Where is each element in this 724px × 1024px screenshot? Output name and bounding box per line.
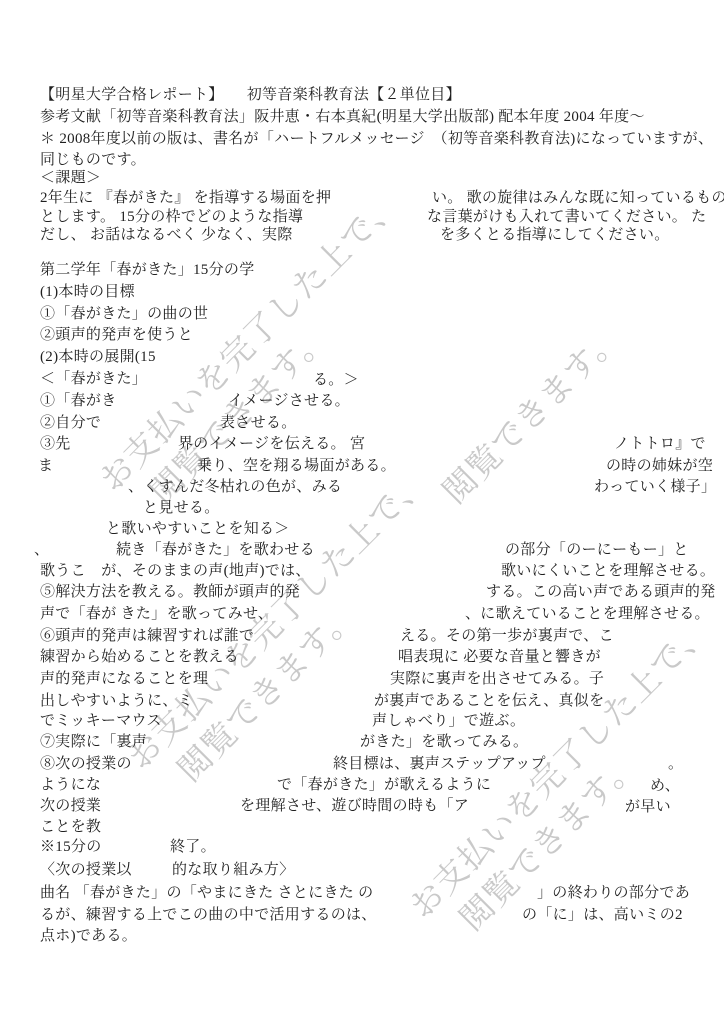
text-line-fragment: 。: [668, 755, 683, 774]
text-line-fragment: ⑥頭声的発声は練習すれば誰で: [40, 627, 254, 646]
text-line-fragment: 2年生に 『春がきた』 を指導する場面を押: [40, 189, 331, 208]
text-line-fragment: ことを教: [40, 818, 101, 837]
text-line-fragment: 実際に裏声を出させてみる。子: [390, 670, 604, 689]
text-line-fragment: 次の授業: [40, 797, 101, 816]
text-line-fragment: える。その第一歩が裏声で、こ: [400, 627, 614, 646]
text-line-fragment: でミッキーマウス: [40, 712, 162, 731]
text-line-fragment: ようにな: [40, 776, 101, 795]
text-line-fragment: ⑧次の授業の: [40, 755, 132, 774]
text-line-fragment: で「春がきた」が歌えるように: [277, 776, 491, 795]
text-line-fragment: め、: [650, 777, 680, 796]
text-line-fragment: い。 歌の旋律はみんな既に知っているもの: [432, 189, 724, 208]
text-line-fragment: 声的発声になることを理: [40, 670, 208, 689]
text-line-fragment: ＜「春がきた」: [40, 370, 147, 389]
text-line-fragment: 声で「春が きた」を歌ってみせ、: [40, 605, 273, 624]
text-line-fragment: ※15分の: [40, 838, 102, 857]
document-text-layer: 【明星大学合格レポート】 初等音楽科教育法【２単位目】参考文献「初等音楽科教育法…: [0, 0, 724, 1024]
text-line-fragment: 、: [34, 541, 49, 560]
text-line-fragment: (1)本時の目標: [40, 283, 135, 302]
text-line-fragment: な言葉がけも入れて書いてください。 た: [427, 208, 706, 227]
scanned-report-page: お支払いを完了した上で、閲覧できます。お支払いを完了した上で、閲覧できます。お支…: [0, 0, 724, 1024]
text-line-fragment: と見せる。: [143, 499, 220, 518]
text-line-fragment: ノトトロ』で: [614, 435, 706, 454]
text-line-fragment: るが、練習する上でこの曲の中で活用するのは、: [40, 906, 377, 925]
text-line-fragment: 唱表現に 必要な音量と響きが: [398, 648, 601, 667]
text-line-fragment: 参考文献「初等音楽科教育法」阪井恵・右本真紀(明星大学出版部) 配本年度 200…: [40, 108, 645, 127]
text-line-fragment: 同じものです。: [40, 151, 146, 170]
text-line-fragment: を理解させ、遊び時間の時も「ア: [240, 797, 469, 816]
text-line-fragment: 終了。: [170, 838, 216, 857]
text-line-fragment: ⑦実際に「裏声: [40, 733, 147, 752]
text-line-fragment: わっていく様子」: [594, 478, 716, 497]
text-line-fragment: 的な取り組み方〉: [172, 861, 294, 880]
text-line-fragment: 」の終わりの部分であ: [537, 884, 690, 903]
text-line-fragment: する。この高い声である頭声的発: [486, 583, 716, 602]
text-line-fragment: 、くすんだ冬枯れの色が、みる: [128, 478, 342, 497]
text-line-fragment: 歌いにくいことを理解させる。: [501, 562, 715, 581]
text-line-fragment: 〈次の授業以: [40, 861, 132, 880]
text-line-fragment: 歌うこ が、そのままの声(地声)では、: [40, 562, 311, 581]
text-line-fragment: が早い: [625, 798, 671, 817]
text-line-fragment: ①「春がき: [40, 392, 117, 411]
text-line-fragment: だし、 お話はなるべく 少なく、実際: [40, 226, 293, 245]
text-line-fragment: の部分「のーにーもー」と: [505, 541, 689, 560]
text-line-fragment: 出しやすいように、ミ: [40, 692, 193, 711]
text-line-fragment: の時の姉妹が空: [606, 457, 713, 476]
text-line-fragment: 界のイメージを伝える。 宮: [178, 435, 365, 454]
text-line-fragment: ＜課題＞: [40, 169, 101, 188]
text-line-fragment: 曲名 「春がきた」の「やまにきた さとにきた の: [40, 884, 373, 903]
text-line-fragment: 終目標は、裏声ステップアップ: [333, 755, 546, 774]
text-line-fragment: ①「春がきた」の曲の世: [40, 305, 208, 324]
text-line-fragment: の「に」は、高いミの2: [522, 906, 683, 925]
text-line-fragment: イメージさせる。: [228, 392, 350, 411]
text-line-fragment: ⑤解決方法を教える。教師が頭声的発: [40, 583, 300, 602]
text-line-fragment: 第二学年「春がきた」15分の学: [40, 261, 255, 280]
text-line-fragment: と歌いやすいことを知る＞: [106, 520, 290, 539]
text-line-fragment: を多くとる指導にしてください。: [440, 226, 670, 245]
text-line-fragment: 点ホ)である。: [40, 927, 137, 946]
text-line-fragment: がきた」を歌ってみる。: [360, 733, 528, 752]
text-line-fragment: 、に歌えていることを理解させる。: [465, 605, 710, 624]
text-line-fragment: 声しゃべり」で遊ぶ。: [372, 712, 525, 731]
text-line-fragment: 練習から始めることを教える: [40, 648, 239, 667]
text-line-fragment: 続き「春がきた」を歌わせる: [116, 541, 315, 560]
text-line-fragment: ③先: [40, 435, 71, 454]
text-line-fragment: 乗り、空を翔る場面がある。: [197, 457, 396, 476]
text-line-fragment: が裏声であることを伝え、真似を: [374, 692, 604, 711]
text-line-fragment: 【明星大学合格レポート】 初等音楽科教育法【２単位目】: [40, 86, 461, 105]
text-line-fragment: ま: [38, 457, 53, 476]
text-line-fragment: ②自分で: [40, 414, 101, 433]
text-line-fragment: (2)本時の展開(15: [40, 348, 156, 367]
text-line-fragment: 表させる。: [220, 414, 297, 433]
text-line-fragment: とします。 15分の枠でどのような指導: [40, 208, 303, 227]
text-line-fragment: る。＞: [313, 371, 359, 390]
text-line-fragment: ＊ 2008年度以前の版は、書名が「ハートフルメッセージ （初等音楽科教育法)に…: [40, 130, 713, 149]
text-line-fragment: ②頭声的発声を使うと: [40, 326, 193, 345]
